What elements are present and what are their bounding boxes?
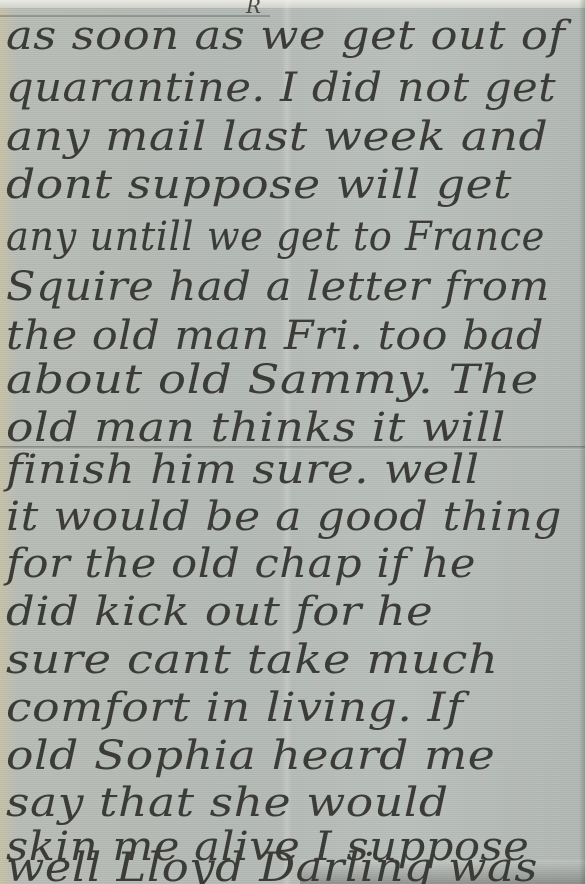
paper-right-edge <box>579 0 585 884</box>
text-line: did kick out for he <box>6 588 433 636</box>
text-line: say that she would <box>6 779 449 827</box>
text-line: any untill we get to France <box>6 213 545 261</box>
text-line: comfort in living. If <box>6 684 464 732</box>
text-line: it would be a good thing <box>6 493 562 541</box>
text-line: old Sophia heard me <box>6 732 495 780</box>
text-line: about old Sammy. The <box>6 356 539 404</box>
text-line: for the old chap if he <box>6 540 476 588</box>
text-line: as soon as we get out of <box>6 12 566 60</box>
text-line: any mail last week and <box>6 113 548 161</box>
text-line: dont suppose will get <box>6 161 512 209</box>
paper-top-edge <box>0 0 585 8</box>
text-line: well Lloyd Darling was <box>6 844 538 884</box>
text-line: old man thinks it will <box>6 404 506 452</box>
text-line: sure cant take much <box>6 636 498 684</box>
letter-page: R as soon as we get out ofquarantine. I … <box>0 0 585 884</box>
text-line: the old man Fri. too bad <box>6 312 544 360</box>
text-line: finish him sure. well <box>6 446 480 494</box>
text-line: quarantine. I did not get <box>6 64 556 112</box>
text-line: Squire had a letter from <box>6 263 550 311</box>
